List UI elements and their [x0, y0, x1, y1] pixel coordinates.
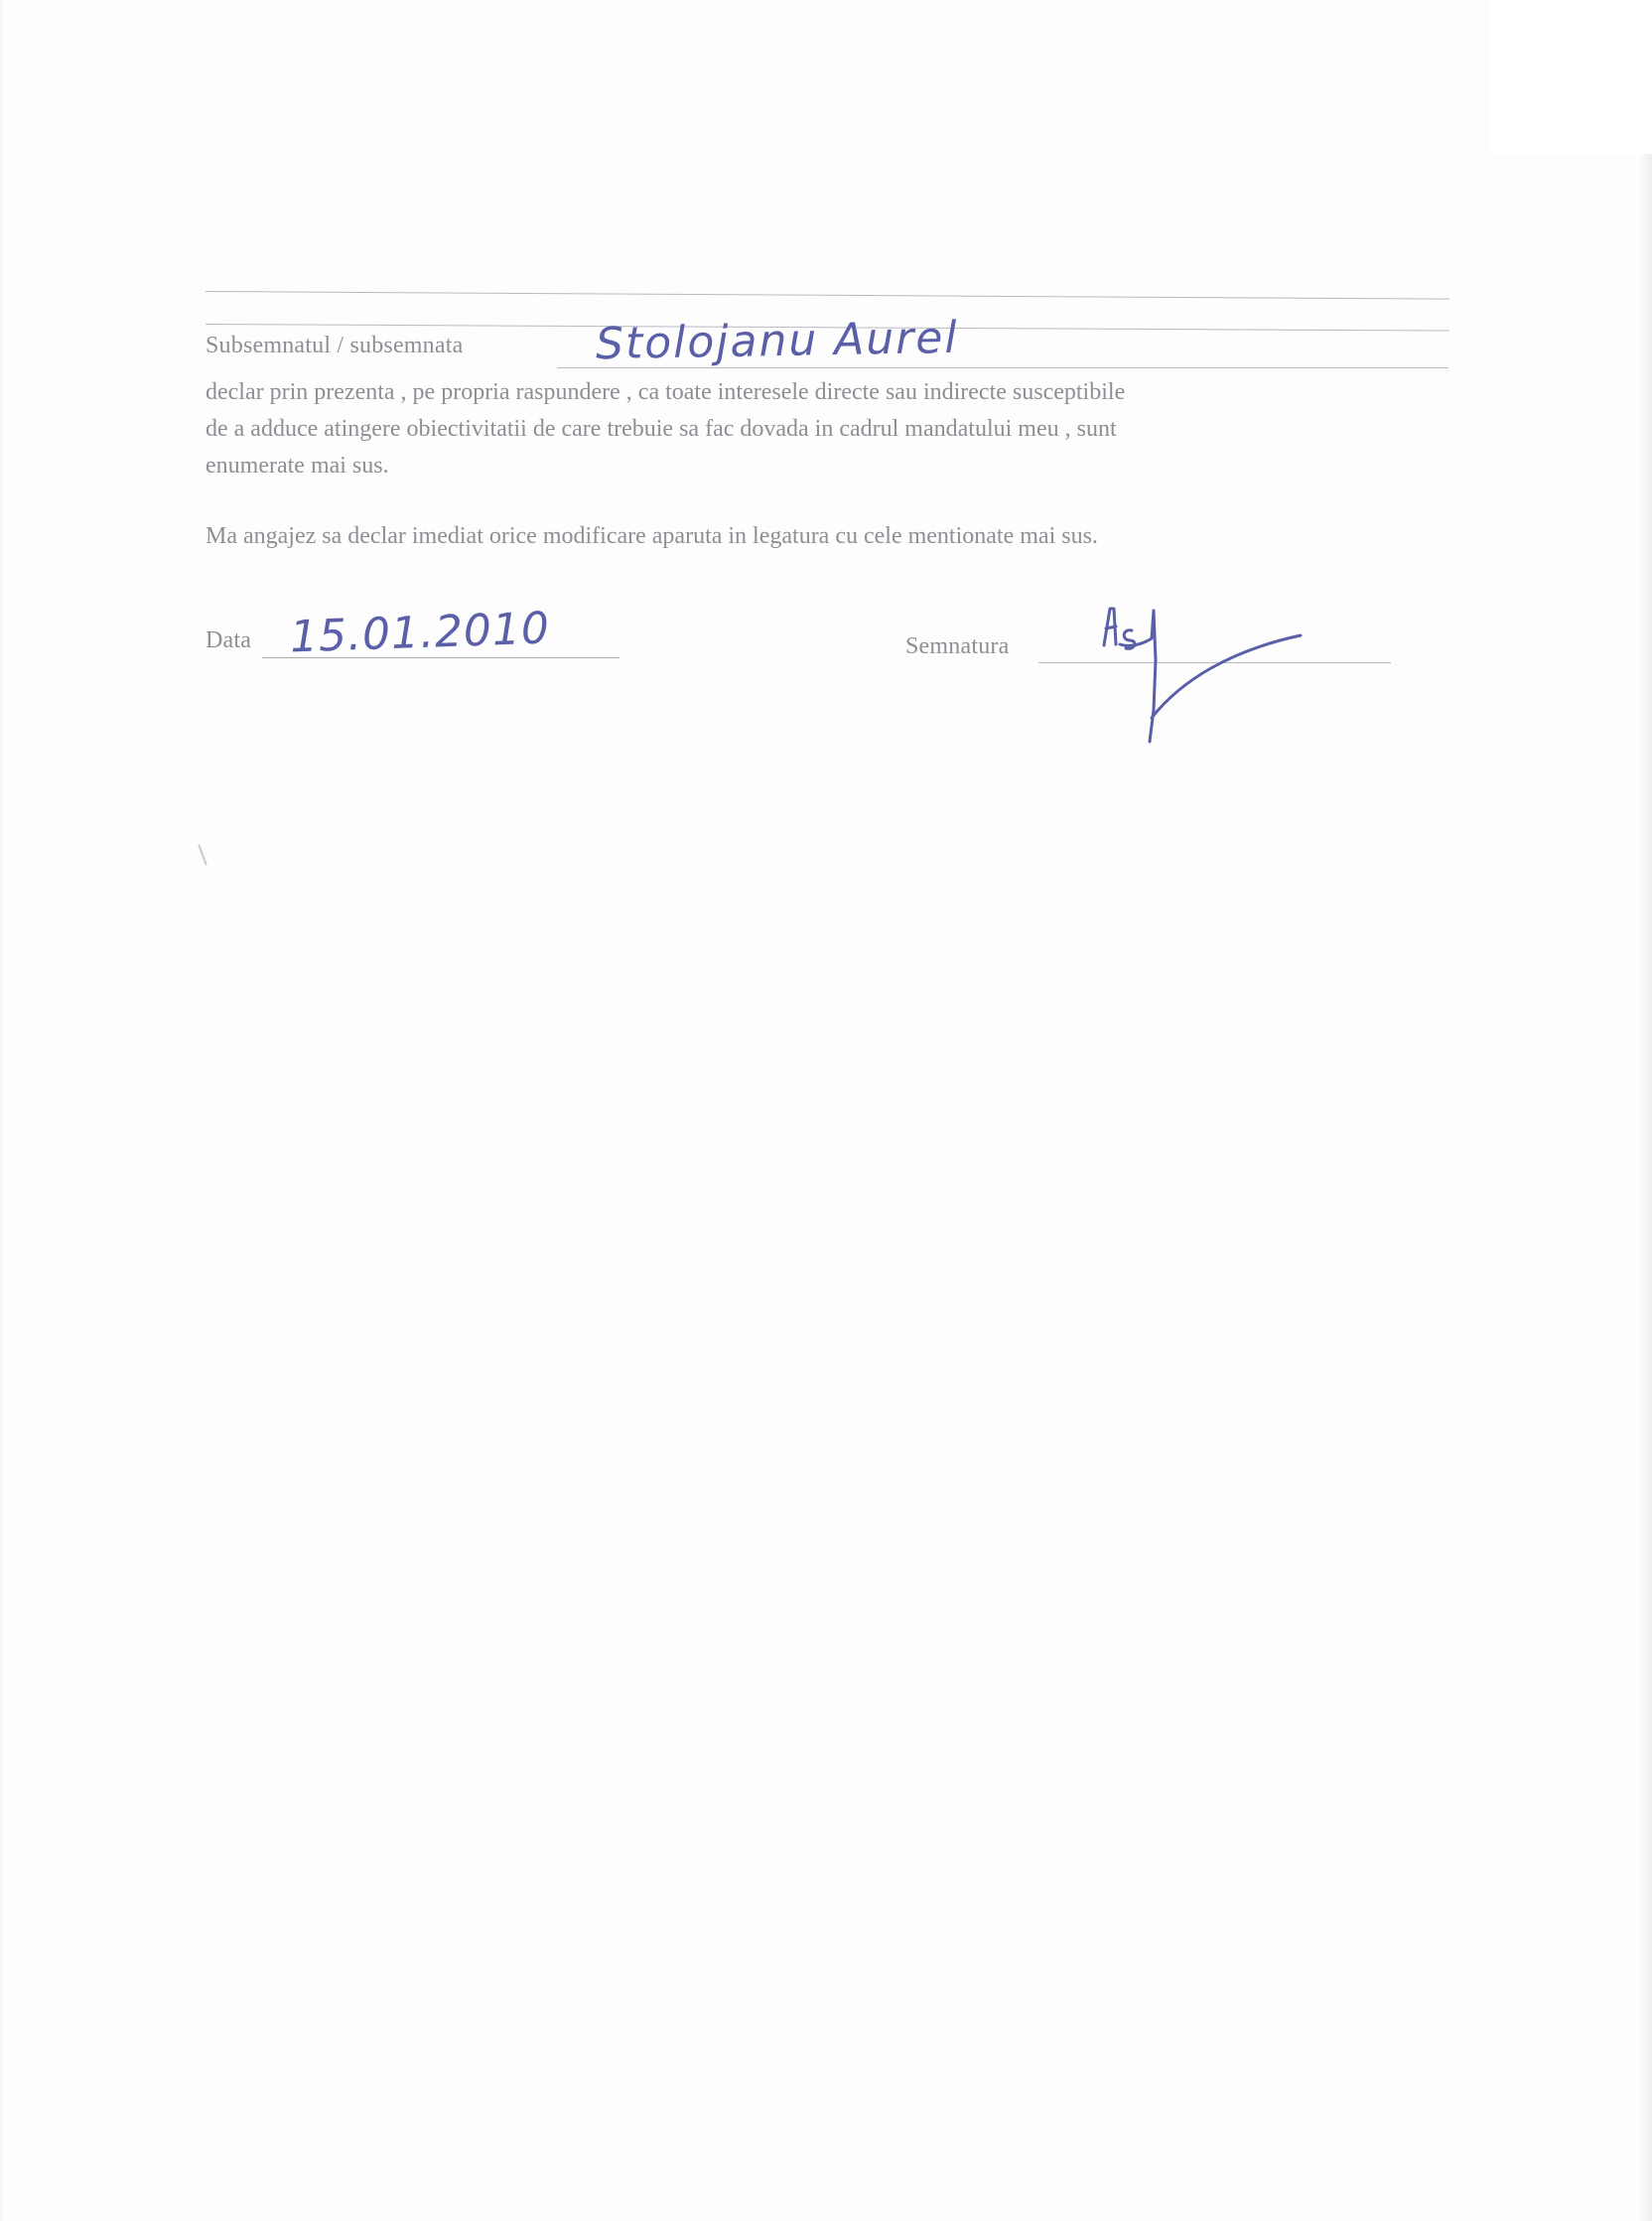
commitment-statement: Ma angajez sa declar imediat orice modif… [206, 523, 1098, 550]
declaration-page: Subsemnatul / subsemnata Stolojanu Aurel… [0, 0, 1652, 2221]
declarant-label: Subsemnatul / subsemnata [206, 333, 463, 359]
handwritten-signature-icon [1092, 601, 1320, 750]
stray-mark [198, 844, 206, 865]
form-rule-top [206, 291, 1449, 300]
declaration-line: de a adduce atingere obiectivitatii de c… [206, 411, 1466, 448]
declaration-line: enumerate mai sus. [206, 448, 1466, 485]
signature-label: Semnatura [905, 633, 1009, 660]
declaration-paragraph: declar prin prezenta , pe propria raspun… [206, 374, 1466, 485]
declaration-line: declar prin prezenta , pe propria raspun… [206, 374, 1466, 411]
date-label: Data [206, 627, 251, 654]
declarant-name-handwritten: Stolojanu Aurel [596, 313, 959, 369]
date-value-handwritten: 15.01.2010 [289, 603, 551, 662]
